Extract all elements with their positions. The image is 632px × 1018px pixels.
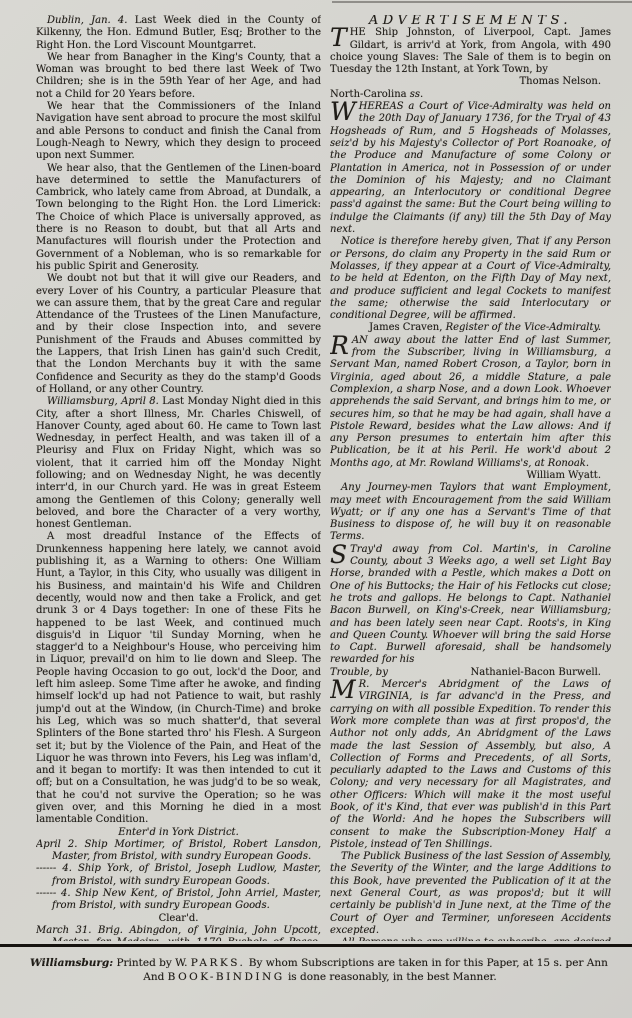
ad-strayed-horse-text: Tray'd away from Col. Martin's, in Carol… bbox=[330, 544, 611, 666]
imprint-printed-by: Printed by W. bbox=[116, 957, 187, 969]
signature-james-craven-title: Register of the Vice-Admiralty. bbox=[446, 322, 601, 333]
imprint-line-1: Williamsburg: Printed by W. PARKS. By wh… bbox=[30, 957, 610, 971]
signature-thomas-nelson: Thomas Nelson. bbox=[330, 76, 611, 88]
ad-vice-admiralty: WHEREAS a Court of Vice-Admiralty was he… bbox=[330, 101, 611, 236]
news-item-dublin: Dublin, Jan. 4. Last Week died in the Co… bbox=[36, 15, 321, 52]
imprint-line-2: And BOOK-BINDING is done reasonably, in … bbox=[30, 971, 610, 985]
ad-runaway-servant: RAN away about the latter End of last Su… bbox=[330, 335, 611, 470]
imprint-subscriptions: By whom Subscriptions are taken in for t… bbox=[249, 957, 608, 969]
news-item-chiswell-text: Last Monday Night died in this City, aft… bbox=[36, 396, 321, 530]
news-item-chiswell-death: Williamsburg, April 8. Last Monday Night… bbox=[36, 396, 321, 531]
imprint-bookbinding-rest: is done reasonably, in the best Manner. bbox=[288, 971, 497, 983]
ad-mercer-abridgment: MR. Mercer's Abridgment of the Laws of V… bbox=[330, 679, 611, 851]
shipping-entered-heading: Enter'd in York District. bbox=[36, 827, 321, 839]
ad-mercer-text: R. Mercer's Abridgment of the Laws of VI… bbox=[330, 679, 611, 850]
footer-rule bbox=[0, 944, 632, 947]
ad-mercer-all-persons: All Persons who are willing to subscribe… bbox=[330, 937, 611, 941]
signature-burwell-name: Nathaniel-Bacon Burwell. bbox=[471, 667, 611, 679]
news-item-linen-board: We hear also, that the Gentlemen of the … bbox=[36, 163, 321, 274]
scilicet-mark: ss. bbox=[410, 89, 423, 100]
dropcap-w: W bbox=[330, 101, 359, 122]
ad-runaway-text: AN away about the latter End of last Sum… bbox=[330, 335, 611, 469]
bookbinding-label: BOOK-BINDING bbox=[168, 971, 285, 983]
shipping-cleared-heading: Clear'd. bbox=[36, 913, 321, 925]
dropcap-m: M bbox=[330, 679, 359, 700]
north-carolina-heading: North-Carolina ss. bbox=[330, 89, 611, 101]
right-column: ADVERTISEMENTS. THE Ship Johnston, of Li… bbox=[330, 15, 611, 941]
news-item-banagher: We hear from Banagher in the King's Coun… bbox=[36, 52, 321, 101]
shipping-cleared-entry: March 31. Brig. Abingdon, of Virginia, J… bbox=[36, 925, 321, 941]
ad-ship-johnston: THE Ship Johnston, of Liverpool, Capt. J… bbox=[330, 27, 611, 76]
dropcap-s: S bbox=[330, 544, 350, 565]
imprint-footer: Williamsburg: Printed by W. PARKS. By wh… bbox=[30, 957, 610, 984]
news-item-drunkenness: A most dreadful Instance of the Effects … bbox=[36, 531, 321, 826]
printer-name: PARKS. bbox=[191, 957, 246, 969]
ad-journeymen-taylors: Any Journey-men Taylors that want Employ… bbox=[330, 482, 611, 543]
imprint-place: Williamsburg: bbox=[30, 957, 113, 969]
ad-vice-admiralty-notice: Notice is therefore hereby given, That i… bbox=[330, 236, 611, 322]
dropcap-t: T bbox=[330, 27, 350, 48]
news-item-linen-trustees: We doubt not but that it will give our R… bbox=[36, 273, 321, 396]
ad-vice-admiralty-text: HEREAS a Court of Vice-Admiralty was hel… bbox=[330, 101, 611, 235]
newspaper-page: Dublin, Jan. 4. Last Week died in the Co… bbox=[0, 0, 632, 1018]
ad-mercer-publick-business: The Publick Business of the last Session… bbox=[330, 851, 611, 937]
scan-edge-mark bbox=[332, 1, 632, 3]
signature-burwell-lead: Trouble, by bbox=[330, 667, 388, 679]
ad-ship-johnston-text: HE Ship Johnston, of Liverpool, Capt. Ja… bbox=[330, 27, 611, 75]
dateline-williamsburg: Williamsburg, April 8. bbox=[47, 396, 159, 407]
dropcap-r: R bbox=[330, 335, 352, 356]
imprint-and: And bbox=[143, 971, 164, 983]
advertisements-heading: ADVERTISEMENTS. bbox=[330, 15, 611, 27]
dateline-dublin: Dublin, Jan. 4. bbox=[47, 15, 127, 26]
north-carolina-label: North-Carolina bbox=[330, 89, 407, 100]
left-column: Dublin, Jan. 4. Last Week died in the Co… bbox=[36, 15, 321, 941]
shipping-entry: April 2. Ship Mortimer, of Bristol, Robe… bbox=[36, 839, 321, 864]
ad-strayed-horse: STray'd away from Col. Martin's, in Caro… bbox=[330, 544, 611, 667]
signature-burwell-row: Trouble, byNathaniel-Bacon Burwell. bbox=[330, 667, 611, 679]
shipping-entry: ------ 4. Ship New Kent, of Bristol, Joh… bbox=[36, 888, 321, 913]
signature-william-wyatt: William Wyatt. bbox=[330, 470, 611, 482]
signature-james-craven-name: James Craven, bbox=[369, 322, 442, 333]
signature-james-craven: James Craven, Register of the Vice-Admir… bbox=[330, 322, 611, 334]
shipping-entry: ------ 4. Ship York, of Bristol, Joseph … bbox=[36, 863, 321, 888]
news-item-navigation: We hear that the Commissioners of the In… bbox=[36, 101, 321, 162]
